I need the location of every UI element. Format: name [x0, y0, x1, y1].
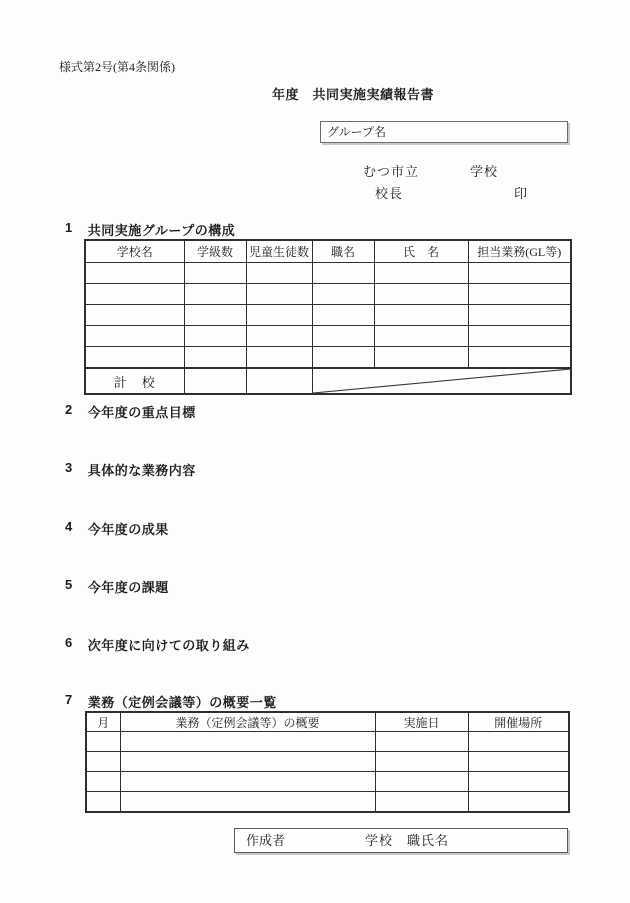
total-row: 計 校	[85, 368, 571, 394]
col-header-students: 児童生徒数	[246, 240, 312, 263]
table-row	[86, 772, 569, 792]
empty-cell	[246, 368, 312, 394]
empty-cell	[468, 305, 571, 326]
group-composition-table: 学校名 学級数 児童生徒数 職名 氏 名 担当業務(GL等) 計 校	[84, 239, 572, 395]
empty-cell	[312, 305, 374, 326]
empty-cell	[375, 772, 468, 792]
empty-cell	[120, 792, 375, 813]
col-header-school: 学校名	[85, 240, 184, 263]
section-number: 2	[65, 402, 73, 421]
section-number: 7	[65, 692, 73, 711]
section-heading-1: 1 共同実施グループの構成	[65, 220, 235, 239]
empty-cell	[120, 732, 375, 752]
empty-cell	[120, 772, 375, 792]
empty-cell	[468, 263, 571, 284]
empty-cell	[85, 263, 184, 284]
total-label-cell: 計 校	[85, 368, 184, 394]
section-number: 4	[65, 519, 73, 538]
empty-cell	[312, 284, 374, 305]
section-label: 今年度の重点目標	[88, 402, 196, 421]
empty-cell	[374, 326, 468, 347]
empty-cell	[86, 752, 120, 772]
empty-cell	[246, 284, 312, 305]
principal-label: 校長	[375, 183, 403, 202]
section-label: 具体的な業務内容	[88, 460, 196, 479]
col-header-duty: 担当業務(GL等)	[468, 240, 571, 263]
empty-cell	[86, 792, 120, 813]
table-row	[85, 263, 571, 284]
table-row	[86, 792, 569, 813]
empty-cell	[375, 732, 468, 752]
empty-cell	[374, 305, 468, 326]
empty-cell	[184, 284, 246, 305]
city-school-prefix: むつ市立	[363, 161, 419, 180]
col-header-name: 氏 名	[374, 240, 468, 263]
section-number: 6	[65, 635, 73, 654]
section-heading-2: 2 今年度の重点目標	[65, 402, 196, 421]
empty-cell	[375, 752, 468, 772]
empty-cell	[86, 732, 120, 752]
table-row	[85, 305, 571, 326]
section-number: 5	[65, 577, 73, 596]
table-row	[86, 732, 569, 752]
col-header-classes: 学級数	[184, 240, 246, 263]
empty-cell	[468, 752, 569, 772]
empty-cell	[312, 263, 374, 284]
empty-cell	[374, 284, 468, 305]
col-header-date: 実施日	[375, 712, 468, 732]
empty-cell	[246, 305, 312, 326]
empty-cell	[375, 792, 468, 813]
diagonal-line	[313, 369, 571, 393]
empty-cell	[374, 347, 468, 369]
table-row	[85, 284, 571, 305]
section-heading-7: 7 業務（定例会議等）の概要一覧	[65, 692, 277, 711]
section-number: 3	[65, 460, 73, 479]
section-label: 次年度に向けての取り組み	[88, 635, 250, 654]
empty-cell	[246, 326, 312, 347]
section-heading-6: 6 次年度に向けての取り組み	[65, 635, 250, 654]
empty-cell	[120, 752, 375, 772]
empty-cell	[85, 347, 184, 369]
empty-cell	[468, 284, 571, 305]
section-label: 今年度の成果	[88, 519, 169, 538]
section-heading-4: 4 今年度の成果	[65, 519, 169, 538]
empty-cell	[312, 347, 374, 369]
empty-cell	[184, 347, 246, 369]
school-title-name-label: 学校 職氏名	[365, 829, 449, 852]
col-header-position: 職名	[312, 240, 374, 263]
empty-cell	[468, 792, 569, 813]
creator-box: 作成者 学校 職氏名	[234, 828, 568, 853]
empty-cell	[374, 263, 468, 284]
meetings-overview-table: 月 業務（定例会議等）の概要 実施日 開催場所	[85, 711, 570, 813]
empty-cell	[468, 347, 571, 369]
table-header-row: 学校名 学級数 児童生徒数 職名 氏 名 担当業務(GL等)	[85, 240, 571, 263]
group-name-label: グループ名	[327, 125, 386, 139]
col-header-month: 月	[86, 712, 120, 732]
table-row	[85, 347, 571, 369]
section-label: 業務（定例会議等）の概要一覧	[88, 692, 277, 711]
empty-cell	[85, 305, 184, 326]
empty-cell	[184, 368, 246, 394]
page-title: 年度 共同実施実績報告書	[272, 84, 434, 103]
empty-cell	[246, 263, 312, 284]
form-number-label: 様式第2号(第4条関係)	[59, 58, 175, 75]
empty-cell	[468, 326, 571, 347]
group-name-box: グループ名	[320, 121, 568, 143]
seal-label: 印	[514, 183, 528, 202]
table-row	[85, 326, 571, 347]
empty-cell	[246, 347, 312, 369]
section-heading-3: 3 具体的な業務内容	[65, 460, 196, 479]
empty-cell	[184, 305, 246, 326]
table-row	[86, 752, 569, 772]
diagonal-strikeout-cell	[312, 368, 571, 394]
school-suffix: 学校	[470, 161, 498, 180]
empty-cell	[312, 326, 374, 347]
section-label: 今年度の課題	[88, 577, 169, 596]
section-label: 共同実施グループの構成	[88, 220, 235, 239]
empty-cell	[85, 284, 184, 305]
empty-cell	[468, 772, 569, 792]
table-header-row: 月 業務（定例会議等）の概要 実施日 開催場所	[86, 712, 569, 732]
col-header-overview: 業務（定例会議等）の概要	[120, 712, 375, 732]
col-header-venue: 開催場所	[468, 712, 569, 732]
empty-cell	[184, 326, 246, 347]
section-number: 1	[65, 220, 73, 239]
creator-label: 作成者	[246, 829, 285, 852]
section-heading-5: 5 今年度の課題	[65, 577, 169, 596]
empty-cell	[468, 732, 569, 752]
empty-cell	[85, 326, 184, 347]
empty-cell	[184, 263, 246, 284]
empty-cell	[86, 772, 120, 792]
